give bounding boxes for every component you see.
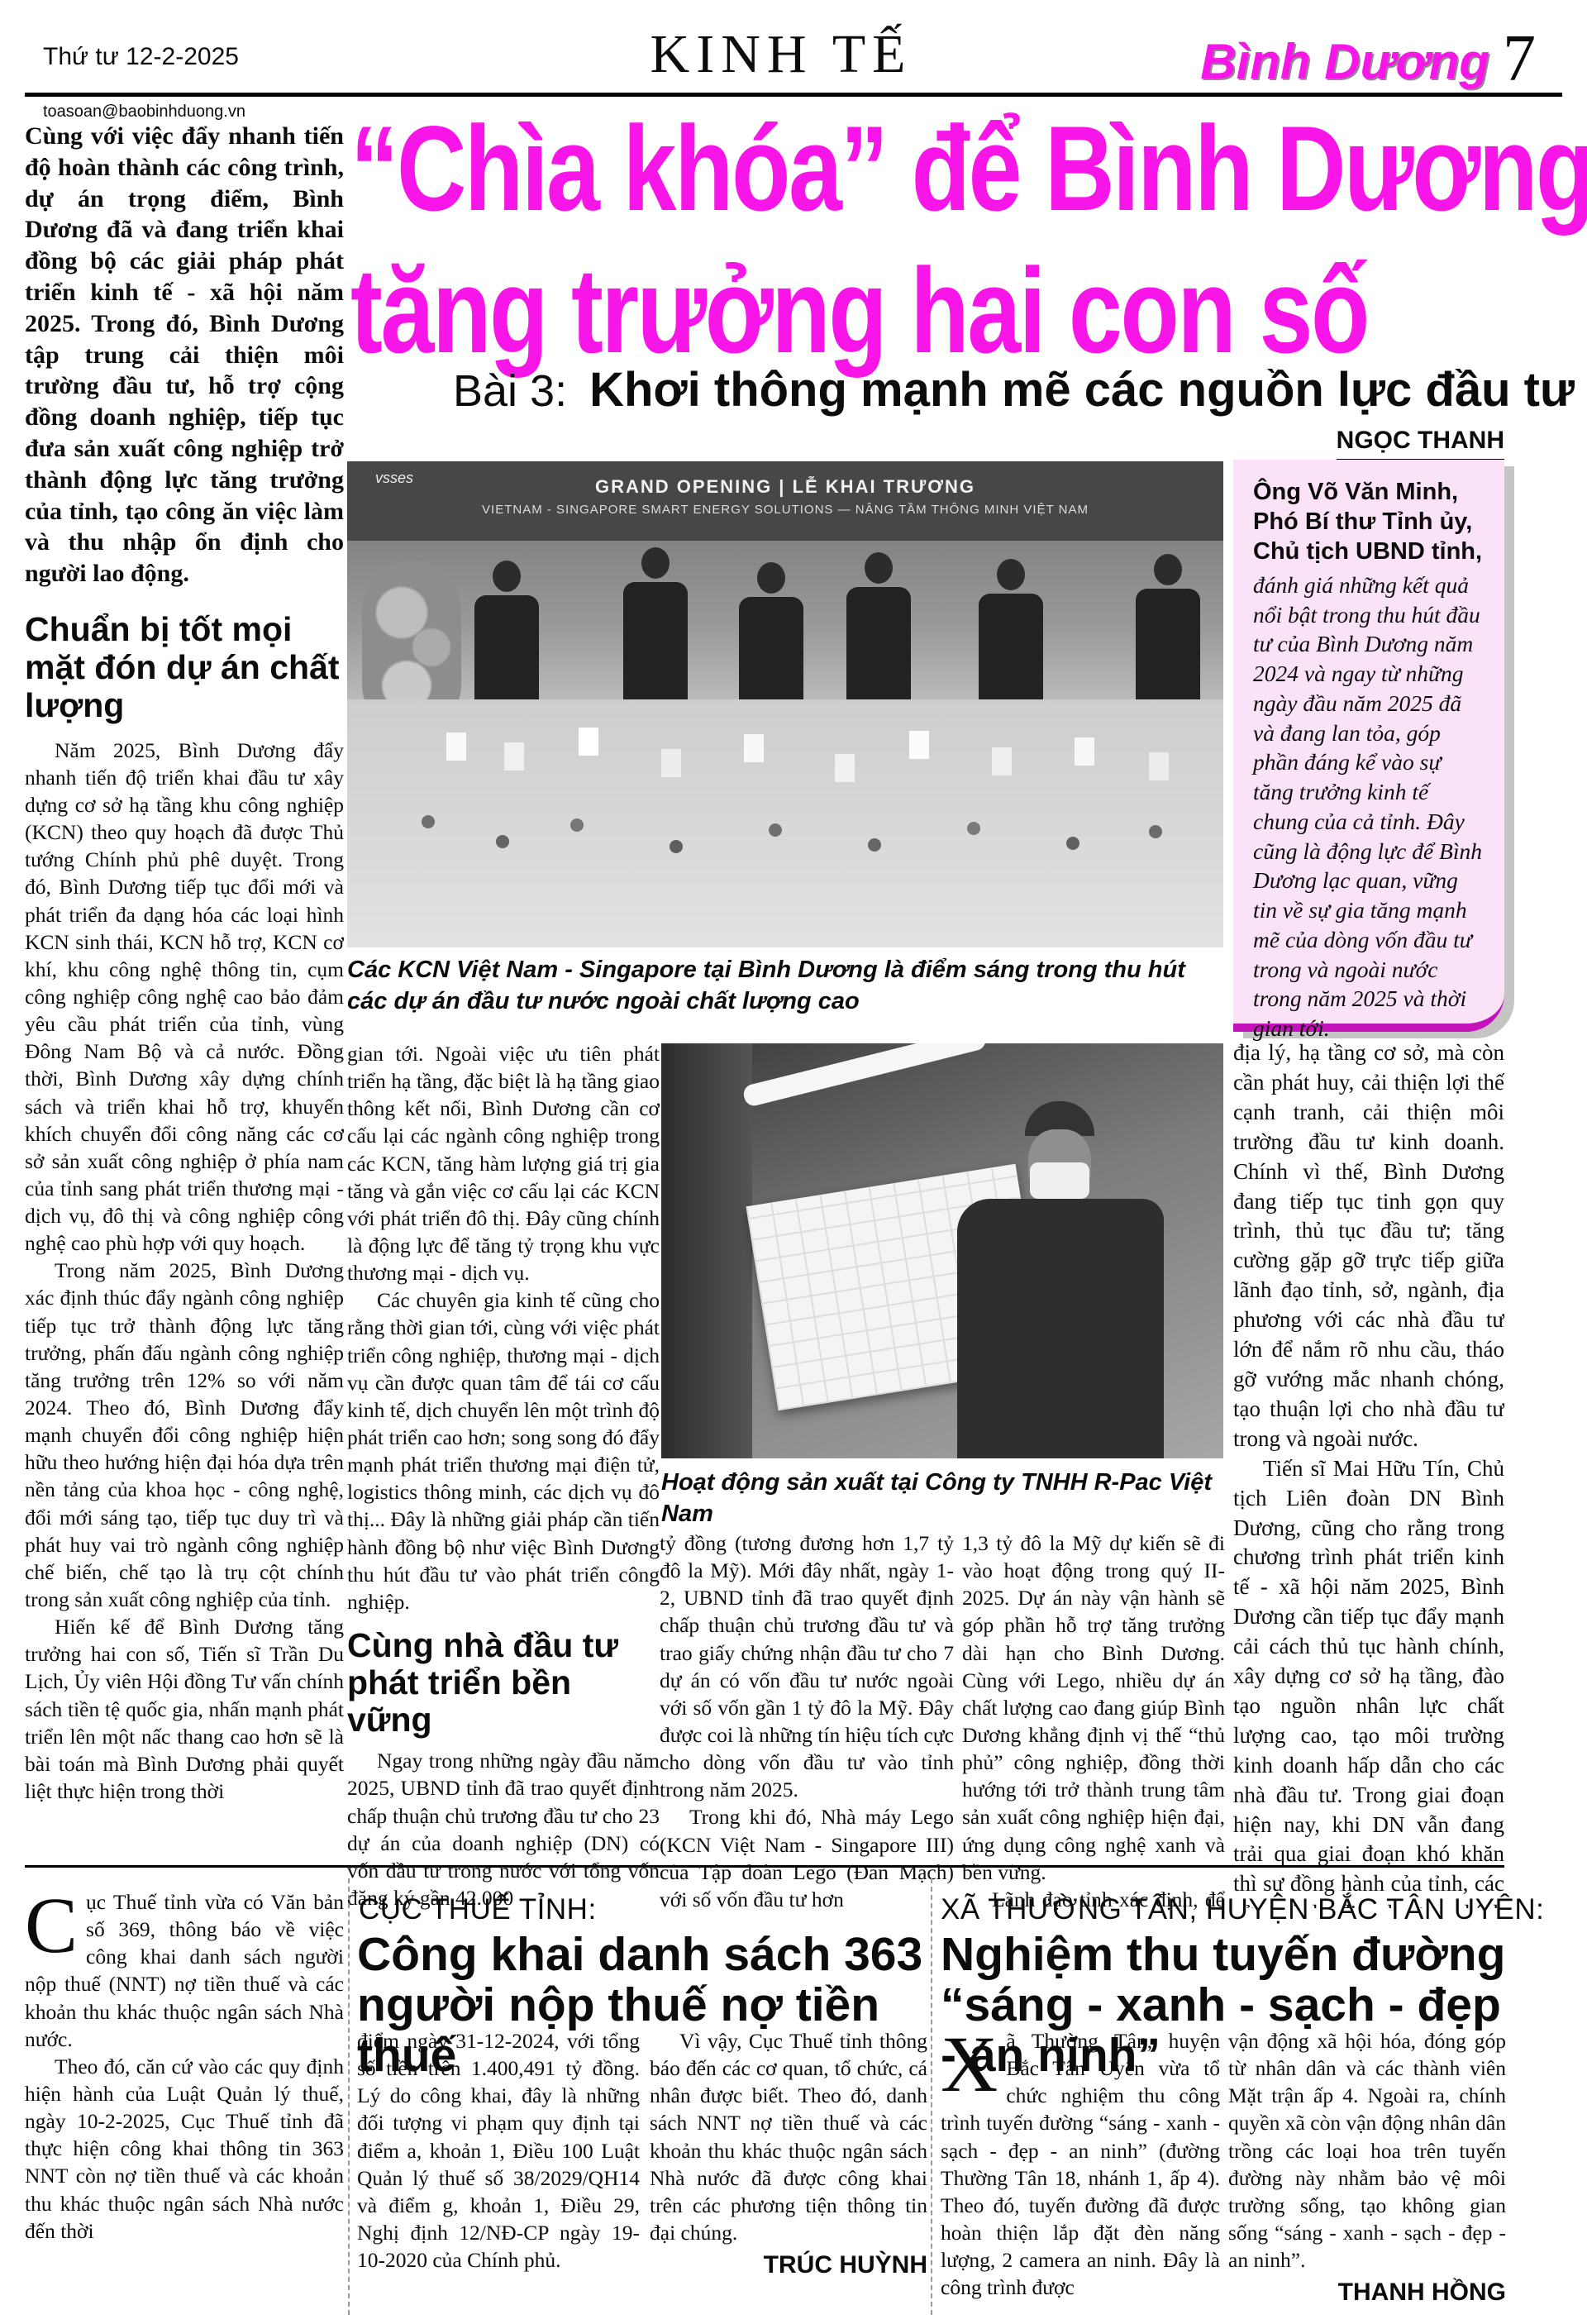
photo1-caption: Các KCN Việt Nam - Singapore tại Bình Dư… — [347, 954, 1223, 1018]
photo2-caption: Hoạt động sản xuất tại Công ty TNHH R-Pa… — [661, 1467, 1223, 1530]
light-tube — [741, 1043, 987, 1108]
lead-paragraph: Năm 2025, Bình Dương đẩy nhanh tiến độ t… — [25, 737, 344, 1257]
bottom-section-rule — [25, 1865, 1504, 1868]
body-paragraph: Tiến sĩ Mai Hữu Tín, Chủ tịch Liên đoàn … — [1233, 1454, 1504, 1908]
body-paragraph: gian tới. Ngoài việc ưu tiên phát triển … — [347, 1040, 660, 1286]
dropcap-letter: C — [25, 1888, 86, 1957]
quote-box: Ông Võ Văn Minh, Phó Bí thư Tỉnh ủy, Chủ… — [1233, 460, 1504, 1032]
body-paragraph: điểm ngày 31-12-2024, với tổng số tiền t… — [357, 2027, 640, 2274]
worker-silhouette — [932, 1101, 1180, 1458]
quote-text: đánh giá những kết quả nổi bật trong thu… — [1253, 570, 1483, 1043]
crosshead: Cùng nhà đầu tư phát triển bền vững — [347, 1627, 660, 1739]
column-divider — [348, 1878, 350, 2315]
factory-machine — [661, 1043, 752, 1458]
tax-article-byline: TRÚC HUỲNH — [650, 2251, 927, 2279]
model-buildings — [446, 733, 466, 761]
masthead-logo: Bình Dương — [1200, 33, 1489, 90]
worker-shirt — [957, 1199, 1164, 1458]
lead-paragraph: Trong năm 2025, Bình Dương xác định thúc… — [25, 1257, 344, 1613]
city-scale-model — [347, 699, 1223, 947]
tax-article-column-2: Vì vậy, Cục Thuế tỉnh thông báo đến các … — [650, 2027, 927, 2318]
person-silhouette — [736, 562, 807, 721]
person-silhouette — [843, 552, 914, 711]
ceremony-banner: vsses GRAND OPENING | LỄ KHAI TRƯƠNG VIE… — [347, 461, 1223, 541]
headline-line2: tăng trưởng hai con số — [350, 240, 1475, 382]
body-paragraph: Các chuyên gia kinh tế cũng cho rằng thờ… — [347, 1286, 660, 1615]
quote-speaker: Ông Võ Văn Minh, Phó Bí thư Tỉnh ủy, Chủ… — [1253, 478, 1483, 567]
headline-line1: “Chìa khóa” để Bình Dương — [350, 98, 1475, 240]
body-column-2: tỷ đồng (tương đương hơn 1,7 tỷ đô la Mỹ… — [660, 1529, 954, 1913]
body-paragraph: Xã Thường Tân, huyện Bắc Tân Uyên vừa tổ… — [941, 2027, 1220, 2301]
person-silhouette — [975, 559, 1046, 718]
vsses-logo: vsses — [375, 470, 413, 487]
road-article-column-2: vận động xã hội hóa, đóng góp từ nhân dâ… — [1228, 2027, 1506, 2318]
model-trees — [422, 815, 435, 828]
body-paragraph: Trong khi đó, Nhà máy Lego (KCN Việt Nam… — [660, 1803, 954, 1913]
photo-opening-ceremony: vsses GRAND OPENING | LỄ KHAI TRƯƠNG VIE… — [347, 461, 1223, 947]
body-paragraph: Theo đó, căn cứ vào các quy định hiện hà… — [25, 2053, 344, 2245]
body-column-3: 1,3 tỷ đô la Mỹ dự kiến sẽ đi vào hoạt đ… — [962, 1529, 1225, 1913]
tax-article-kicker: CỤC THUẾ TỈNH: — [359, 1893, 597, 1926]
body-paragraph: 1,3 tỷ đô la Mỹ dự kiến sẽ đi vào hoạt đ… — [962, 1529, 1225, 1886]
header-rule — [25, 93, 1562, 97]
body-paragraph: Cục Thuế tỉnh vừa có Văn bản số 369, thô… — [25, 1888, 344, 2053]
body-column-1: gian tới. Ngoài việc ưu tiên phát triển … — [347, 1040, 660, 1913]
banner-line1: GRAND OPENING | LỄ KHAI TRƯƠNG — [347, 476, 1223, 498]
banner-line2: VIETNAM - SINGAPORE SMART ENERGY SOLUTIO… — [347, 503, 1223, 517]
tax-article-column-1: điểm ngày 31-12-2024, với tổng số tiền t… — [357, 2027, 640, 2318]
series-subhead: Bài 3: Khơi thông mạnh mẽ các nguồn lực … — [453, 362, 1575, 418]
body-paragraph: tỷ đồng (tương đương hơn 1,7 tỷ đô la Mỹ… — [660, 1529, 954, 1803]
face-mask — [1030, 1162, 1089, 1199]
section-subheading: Chuẩn bị tốt mọi mặt đón dự án chất lượn… — [25, 611, 344, 725]
body-paragraph: Ngay trong những ngày đầu năm 2025, UBND… — [347, 1747, 660, 1911]
issue-date: Thứ tư 12-2-2025 — [43, 43, 239, 71]
main-headline: “Chìa khóa” để Bình Dương tăng trưởng ha… — [350, 98, 1475, 383]
body-paragraph: địa lý, hạ tầng cơ sở, mà còn cần phát h… — [1233, 1038, 1504, 1454]
person-silhouette — [620, 547, 691, 706]
newspaper-page: Thứ tư 12-2-2025 KINH TẾ Bình Dương 7 to… — [0, 0, 1587, 2324]
lead-column: Cùng với việc đẩy nhanh tiến độ hoàn thà… — [25, 121, 344, 1854]
photo-factory-production — [661, 1043, 1223, 1458]
person-silhouette — [1132, 554, 1203, 713]
series-label: Bài 3: — [453, 366, 567, 416]
body-column-right: địa lý, hạ tầng cơ sở, mà còn cần phát h… — [1233, 1038, 1504, 1908]
person-silhouette — [471, 561, 542, 719]
contact-email: toasoan@baobinhduong.vn — [43, 103, 245, 122]
lead-intro: Cùng với việc đẩy nhanh tiến độ hoàn thà… — [25, 121, 344, 589]
page-number: 7 — [1503, 21, 1536, 97]
dropcap-letter: X — [941, 2027, 1006, 2096]
tax-article-lead-column: Cục Thuế tỉnh vừa có Văn bản số 369, thô… — [25, 1888, 344, 2315]
section-title: KINH TẾ — [651, 23, 913, 86]
lead-paragraph: Hiến kế để Bình Dương tăng trưởng hai co… — [25, 1613, 344, 1805]
author-byline: NGỌC THANH — [1337, 427, 1504, 461]
subhead-text: Khơi thông mạnh mẽ các nguồn lực đầu tư — [589, 363, 1575, 417]
road-article-byline: THANH HỒNG — [1228, 2279, 1506, 2307]
body-paragraph: Vì vậy, Cục Thuế tỉnh thông báo đến các … — [650, 2027, 927, 2246]
body-paragraph: vận động xã hội hóa, đóng góp từ nhân dâ… — [1228, 2027, 1506, 2274]
road-article-column-1: Xã Thường Tân, huyện Bắc Tân Uyên vừa tổ… — [941, 2027, 1220, 2318]
road-article-kicker: XÃ THƯỜNG TÂN, HUYỆN BẮC TÂN UYÊN: — [941, 1893, 1544, 1926]
